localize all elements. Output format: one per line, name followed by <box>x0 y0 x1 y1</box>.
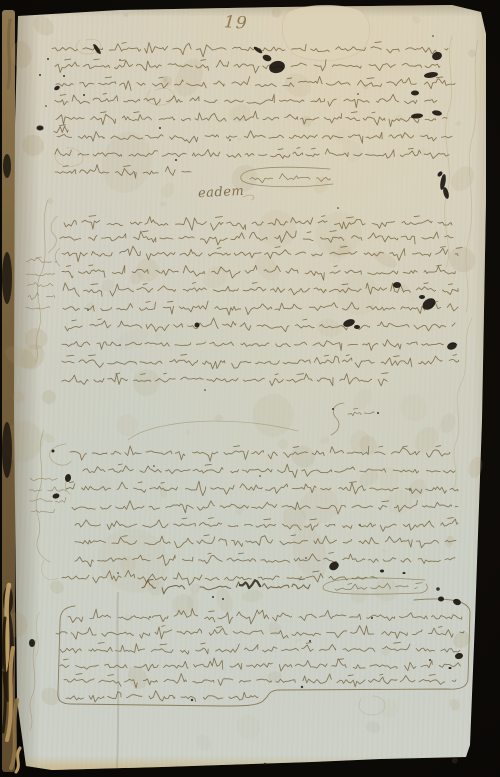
page-right-shadow <box>473 5 489 772</box>
gutter-shadow <box>12 5 40 772</box>
frayed-page-strand <box>16 748 20 772</box>
book-binding <box>2 10 15 772</box>
page-bottom-edge <box>12 756 489 772</box>
manuscript-photo: 19 eadem <box>0 0 500 777</box>
manuscript-page: 19 eadem <box>12 5 489 772</box>
parchment-stain <box>451 757 458 764</box>
folio-number: 19 <box>223 12 248 34</box>
section-heading-eadem: eadem <box>198 184 245 201</box>
page-top-shadow <box>12 5 489 17</box>
